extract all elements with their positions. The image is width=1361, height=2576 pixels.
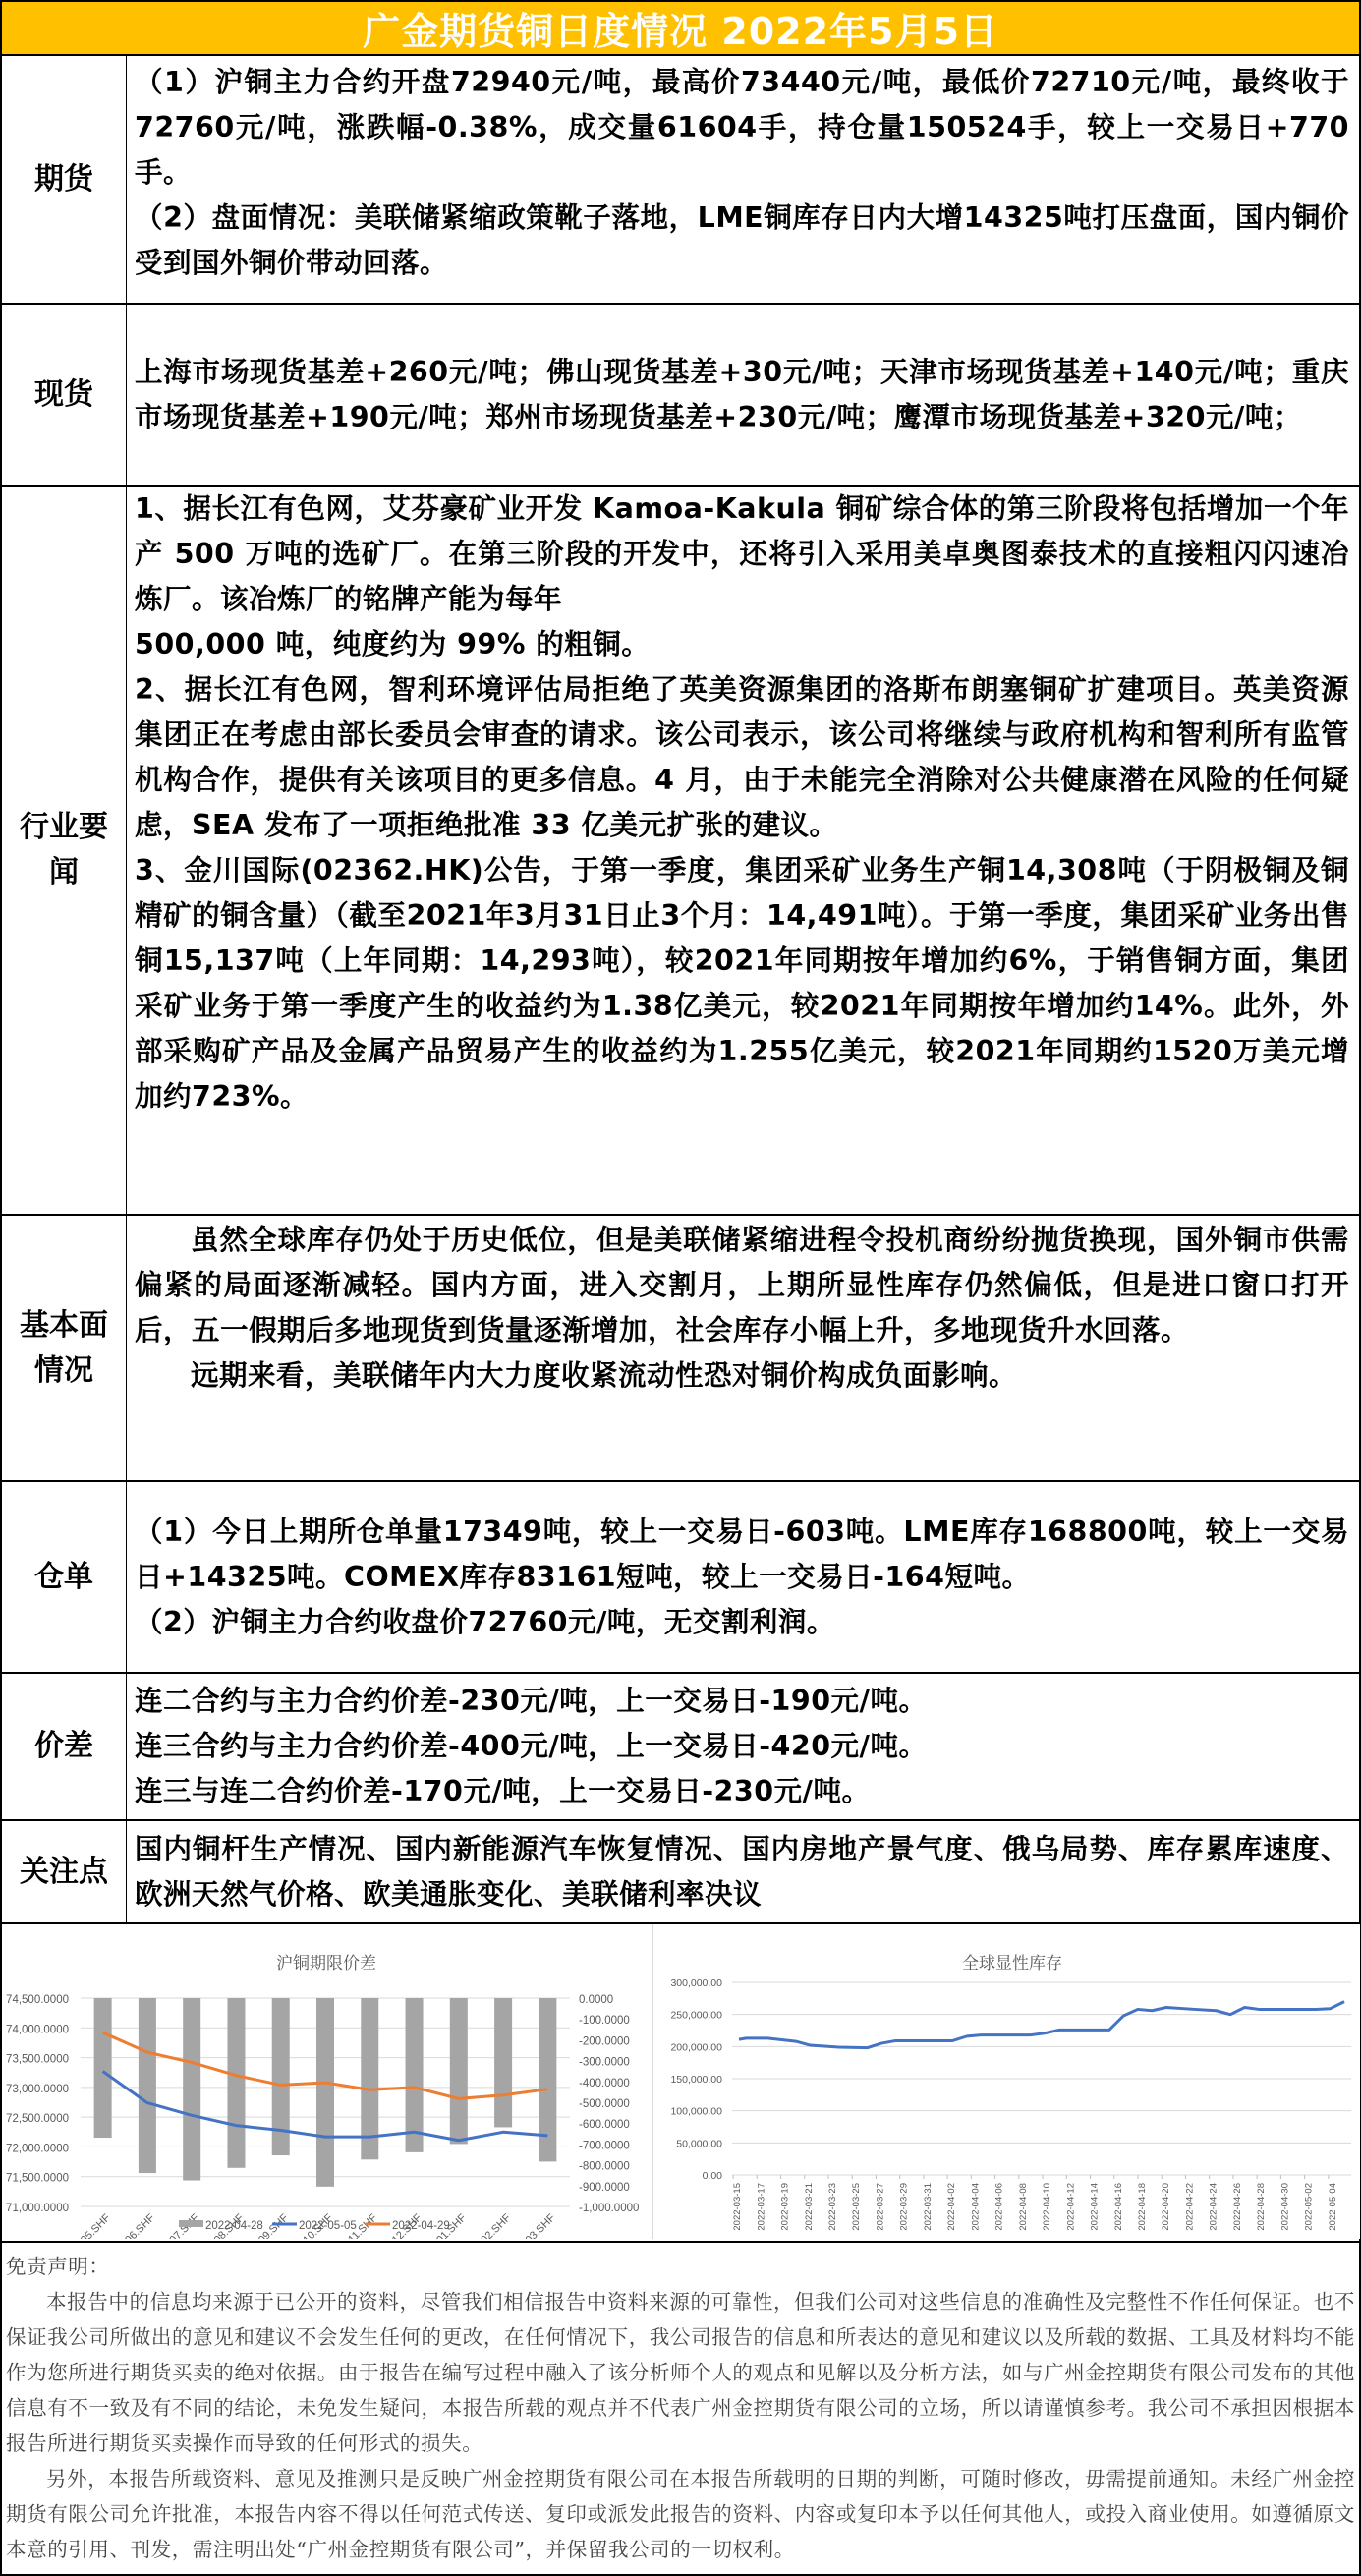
legend-label: 2022-04-28 (205, 2220, 263, 2232)
section-body: 上海市场现货基差+260元/吨；佛山现货基差+30元/吨；天津市场现货基差+14… (127, 305, 1359, 485)
svg-text:2022-03-29: 2022-03-29 (899, 2183, 910, 2231)
inventory-line (739, 2002, 1344, 2048)
svg-text:-1,000.0000: -1,000.0000 (579, 2203, 639, 2214)
svg-text:150,000.00: 150,000.00 (670, 2074, 722, 2086)
svg-text:CU2303.SHF: CU2303.SHF (504, 2211, 558, 2239)
svg-text:0.00: 0.00 (703, 2170, 723, 2182)
svg-text:2022-03-31: 2022-03-31 (923, 2183, 934, 2231)
section-label: 关注点 (2, 1821, 127, 1922)
term-spread-chart-svg: 沪铜期限价差74,500.000074,000.000073,500.00007… (2, 1924, 651, 2239)
svg-text:72,500.0000: 72,500.0000 (6, 2113, 69, 2125)
disclaimer-paragraph: 另外，本报告所载资料、意见及推测只是反映广州金控期货有限公司在本报告所载明的日期… (6, 2461, 1355, 2567)
svg-text:100,000.00: 100,000.00 (670, 2106, 722, 2118)
section-futures: 期货 （1）沪铜主力合约开盘72940元/吨，最高价73440元/吨，最低价72… (0, 56, 1361, 305)
svg-text:-100.0000: -100.0000 (579, 2015, 630, 2027)
section-focus-points: 关注点 国内铜杆生产情况、国内新能源汽车恢复情况、国内房地产景气度、俄乌局势、库… (0, 1821, 1361, 1924)
svg-text:-200.0000: -200.0000 (579, 2035, 630, 2047)
svg-text:2022-04-12: 2022-04-12 (1065, 2183, 1076, 2231)
svg-text:CU2302.SHF: CU2302.SHF (459, 2211, 513, 2239)
svg-text:0.0000: 0.0000 (579, 1994, 613, 2006)
svg-text:2022-04-24: 2022-04-24 (1209, 2183, 1219, 2231)
svg-text:74,500.0000: 74,500.0000 (6, 1994, 69, 2006)
svg-text:2022-03-23: 2022-03-23 (827, 2183, 838, 2231)
svg-text:200,000.00: 200,000.00 (670, 2041, 722, 2053)
bar (316, 1998, 334, 2187)
charts-area: 沪铜期限价差74,500.000074,000.000073,500.00007… (0, 1924, 1361, 2241)
disclaimer-title: 免责声明： (6, 2249, 1355, 2284)
svg-text:72,000.0000: 72,000.0000 (6, 2143, 69, 2154)
svg-text:74,000.0000: 74,000.0000 (6, 2024, 69, 2035)
bar (183, 1998, 200, 2181)
section-fundamentals: 基本面情况 虽然全球库存仍处于历史低位，但是美联储紧缩进程令投机商纷纷抛货换现，… (0, 1216, 1361, 1482)
svg-text:2022-04-08: 2022-04-08 (1018, 2183, 1029, 2231)
svg-text:250,000.00: 250,000.00 (670, 2010, 722, 2022)
svg-text:-800.0000: -800.0000 (579, 2161, 630, 2173)
section-label: 现货 (2, 305, 127, 485)
paragraph: 虽然全球库存仍处于历史低位，但是美联储紧缩进程令投机商纷纷抛货换现，国外铜市供需… (135, 1218, 1349, 1353)
bar (494, 1998, 512, 2127)
svg-text:2022-04-26: 2022-04-26 (1232, 2183, 1243, 2231)
svg-text:50,000.00: 50,000.00 (676, 2138, 722, 2149)
bar (227, 1998, 245, 2168)
paragraph: 远期来看，美联储年内大力度收紧流动性恐对铜价构成负面影响。 (135, 1353, 1349, 1399)
paragraph: 3、金川国际(02362.HK)公告，于第一季度，集团采矿业务生产铜14,308… (135, 848, 1349, 1119)
svg-text:2022-04-10: 2022-04-10 (1042, 2183, 1052, 2231)
section-industry-news: 行业要闻 1、据长江有色网，艾芬豪矿业开发 Kamoa-Kakula 铜矿综合体… (0, 487, 1361, 1216)
svg-text:2022-03-19: 2022-03-19 (780, 2183, 791, 2231)
term-spread-chart: 沪铜期限价差74,500.000074,000.000073,500.00007… (2, 1924, 651, 2239)
paragraph: （2）沪铜主力合约收盘价72760元/吨，无交割利润。 (135, 1600, 1349, 1645)
svg-text:300,000.00: 300,000.00 (670, 1977, 722, 1989)
bar (450, 1998, 468, 2144)
svg-text:2022-05-02: 2022-05-02 (1304, 2183, 1315, 2231)
global-inventory-chart: 全球显性库存300,000.00250,000.00200,000.00150,… (652, 1924, 1360, 2239)
chart-title: 沪铜期限价差 (276, 1954, 376, 1973)
svg-text:2022-04-22: 2022-04-22 (1184, 2183, 1195, 2231)
svg-text:-500.0000: -500.0000 (579, 2098, 630, 2110)
svg-text:-900.0000: -900.0000 (579, 2182, 630, 2194)
bar (539, 1998, 556, 2161)
legend-label: 2022-05-05 (299, 2220, 357, 2232)
section-body: 1、据长江有色网，艾芬豪矿业开发 Kamoa-Kakula 铜矿综合体的第三阶段… (127, 487, 1359, 1214)
section-warehouse-receipts: 仓单 （1）今日上期所仓单量17349吨，较上一交易日-603吨。LME库存16… (0, 1482, 1361, 1674)
paragraph: （1）今日上期所仓单量17349吨，较上一交易日-603吨。LME库存16880… (135, 1510, 1349, 1600)
section-spot: 现货 上海市场现货基差+260元/吨；佛山现货基差+30元/吨；天津市场现货基差… (0, 305, 1361, 487)
section-body: （1）今日上期所仓单量17349吨，较上一交易日-603吨。LME库存16880… (127, 1482, 1359, 1672)
paragraph: 500,000 吨，纯度约为 99% 的粗铜。 (135, 622, 1349, 667)
section-label: 行业要闻 (2, 487, 127, 1214)
disclaimer-paragraph: 本报告中的信息均来源于已公开的资料，尽管我们相信报告中资料来源的可靠性，但我们公… (6, 2284, 1355, 2461)
svg-text:73,000.0000: 73,000.0000 (6, 2084, 69, 2095)
paragraph: 上海市场现货基差+260元/吨；佛山现货基差+30元/吨；天津市场现货基差+14… (135, 350, 1349, 440)
svg-text:73,500.0000: 73,500.0000 (6, 2054, 69, 2066)
svg-text:2022-03-21: 2022-03-21 (804, 2183, 815, 2231)
svg-text:-300.0000: -300.0000 (579, 2057, 630, 2069)
svg-text:2022-04-14: 2022-04-14 (1090, 2183, 1101, 2231)
paragraph: （2）盘面情况：美联储紧缩政策靴子落地，LME铜库存日内大增14325吨打压盘面… (135, 196, 1349, 286)
section-label: 价差 (2, 1674, 127, 1819)
svg-text:CU2206.SHF: CU2206.SHF (103, 2211, 157, 2239)
svg-text:2022-04-30: 2022-04-30 (1279, 2183, 1290, 2231)
paragraph: 连三与连二合约价差-170元/吨，上一交易日-230元/吨。 (135, 1769, 1349, 1814)
svg-text:2022-04-28: 2022-04-28 (1256, 2183, 1267, 2231)
paragraph: 连三合约与主力合约价差-400元/吨，上一交易日-420元/吨。 (135, 1724, 1349, 1769)
bar (94, 1998, 112, 2138)
chart-title: 全球显性库存 (962, 1954, 1062, 1973)
svg-text:CU2205.SHF: CU2205.SHF (59, 2211, 113, 2239)
svg-text:2022-05-04: 2022-05-04 (1328, 2183, 1338, 2231)
section-label: 基本面情况 (2, 1216, 127, 1480)
svg-text:2022-03-15: 2022-03-15 (732, 2183, 743, 2231)
section-body: 国内铜杆生产情况、国内新能源汽车恢复情况、国内房地产景气度、俄乌局势、库存累库速… (127, 1821, 1359, 1922)
disclaimer: 免责声明： 本报告中的信息均来源于已公开的资料，尽管我们相信报告中资料来源的可靠… (0, 2241, 1361, 2576)
section-body: 虽然全球库存仍处于历史低位，但是美联储紧缩进程令投机商纷纷抛货换现，国外铜市供需… (127, 1216, 1359, 1480)
svg-text:2022-03-25: 2022-03-25 (851, 2183, 862, 2231)
svg-text:2022-04-04: 2022-04-04 (970, 2183, 981, 2231)
section-label: 仓单 (2, 1482, 127, 1672)
paragraph: 国内铜杆生产情况、国内新能源汽车恢复情况、国内房地产景气度、俄乌局势、库存累库速… (135, 1827, 1349, 1918)
svg-text:2022-04-18: 2022-04-18 (1137, 2183, 1148, 2231)
svg-text:-600.0000: -600.0000 (579, 2119, 630, 2131)
bar (139, 1998, 156, 2173)
legend-label: 2022-04-29 (392, 2220, 450, 2232)
report-title: 广金期货铜日度情况 2022年5月5日 (0, 0, 1361, 56)
report-title-text: 广金期货铜日度情况 2022年5月5日 (363, 1, 998, 55)
global-inventory-chart-svg: 全球显性库存300,000.00250,000.00200,000.00150,… (653, 1924, 1361, 2239)
svg-text:2022-04-06: 2022-04-06 (994, 2183, 1005, 2231)
section-body: （1）沪铜主力合约开盘72940元/吨，最高价73440元/吨，最低价72710… (127, 56, 1359, 303)
paragraph: 2、据长江有色网，智利环境评估局拒绝了英美资源集团的洛斯布朗塞铜矿扩建项目。英美… (135, 667, 1349, 848)
svg-text:2022-04-02: 2022-04-02 (946, 2183, 957, 2231)
section-label: 期货 (2, 56, 127, 303)
svg-text:2022-03-27: 2022-03-27 (875, 2183, 885, 2231)
svg-text:-400.0000: -400.0000 (579, 2078, 630, 2089)
svg-text:-700.0000: -700.0000 (579, 2140, 630, 2151)
bar (406, 1998, 424, 2152)
svg-text:71,500.0000: 71,500.0000 (6, 2173, 69, 2185)
svg-text:71,000.0000: 71,000.0000 (6, 2203, 69, 2214)
svg-text:2022-03-17: 2022-03-17 (756, 2183, 766, 2231)
paragraph: （1）沪铜主力合约开盘72940元/吨，最高价73440元/吨，最低价72710… (135, 60, 1349, 196)
svg-text:2022-04-16: 2022-04-16 (1113, 2183, 1124, 2231)
section-spreads: 价差 连二合约与主力合约价差-230元/吨，上一交易日-190元/吨。 连三合约… (0, 1674, 1361, 1821)
paragraph: 连二合约与主力合约价差-230元/吨，上一交易日-190元/吨。 (135, 1679, 1349, 1724)
section-body: 连二合约与主力合约价差-230元/吨，上一交易日-190元/吨。 连三合约与主力… (127, 1674, 1359, 1819)
svg-text:2022-04-20: 2022-04-20 (1161, 2183, 1171, 2231)
paragraph: 1、据长江有色网，艾芬豪矿业开发 Kamoa-Kakula 铜矿综合体的第三阶段… (135, 487, 1349, 622)
